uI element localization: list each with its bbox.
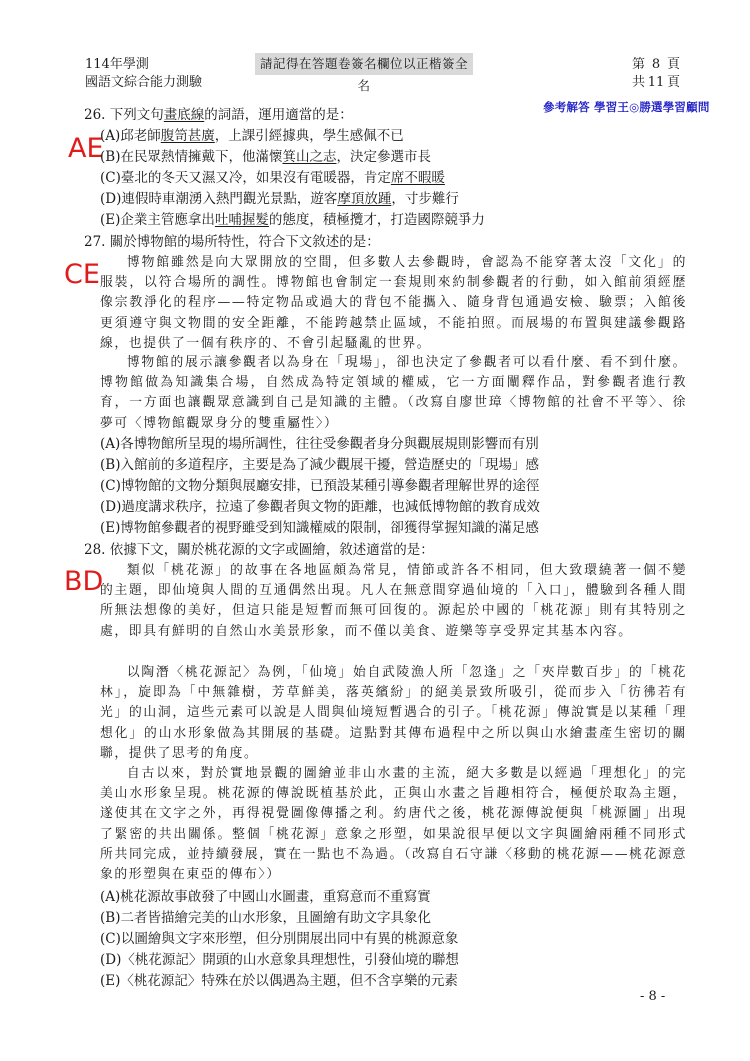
total-label-suffix: 頁 xyxy=(667,75,680,90)
q27-passage-1: 博物館雖然是向大眾開放的空間，但多數人去參觀時，會認為不能穿著太沒「文化」的服裝… xyxy=(100,253,687,354)
reference-answer-watermark: 參考解答 學習王◎勝選學習顧問 xyxy=(543,99,710,115)
option-label: (C) xyxy=(100,931,121,947)
option-text: 〈桃花源記〉開頭的山水意象具理想性，引發仙境的聯想 xyxy=(121,952,459,968)
question-number: 28. xyxy=(84,542,105,558)
q27-option-d: (D)過度講求秩序，拉遠了參觀者與文物的距離，也減低博物館的教育成效 xyxy=(100,497,540,517)
page-label-prefix: 第 xyxy=(632,57,645,72)
option-text: 入館前的多道程序，主要是為了減少觀展干擾，營造歷史的「現場」感 xyxy=(120,457,539,473)
q28-option-c: (C)以圖繪與文字來形塑，但分別開展出同中有異的桃源意象 xyxy=(100,929,458,949)
option-text: 以圖繪與文字來形塑，但分別開展出同中有異的桃源意象 xyxy=(121,931,459,947)
q28-option-b: (B)二者皆描繪完美的山水形象，且圖繪有助文字具象化 xyxy=(100,908,431,928)
page-indicator: 第8頁 共11頁 xyxy=(610,56,680,92)
option-underlined: 腹笥甚廣 xyxy=(161,128,215,144)
q28-passage-3: 自古以來，對於實地景觀的圖繪並非山水畫的主流，絕大多數是以經過「理想化」的完美山… xyxy=(100,764,687,885)
option-label: (A) xyxy=(100,889,120,905)
option-text: 企業主管應拿出 xyxy=(120,212,215,228)
stem-text: 下列文句 xyxy=(110,107,164,123)
footer-page-number: - 8 - xyxy=(640,989,665,1004)
option-text: ，上課引經據典，學生感佩不已 xyxy=(215,128,404,144)
option-text: ，決定參選市長 xyxy=(336,149,431,165)
q26-option-e: (E)企業主管應拿出吐哺握髮的態度，積極攬才，打造國際競爭力 xyxy=(100,210,485,230)
option-underlined: 席不暇暖 xyxy=(391,170,445,186)
question-28-stem: 28. 依據下文，關於桃花源的文字或圖繪，敘述適當的是： xyxy=(84,540,434,560)
option-label: (B) xyxy=(100,149,120,165)
stem-underlined: 畫底線 xyxy=(164,107,205,123)
option-label: (D) xyxy=(100,952,121,968)
page-current: 8 xyxy=(645,56,667,74)
q28-option-d: (D)〈桃花源記〉開頭的山水意象具理想性，引發仙境的聯想 xyxy=(100,950,459,970)
option-label: (A) xyxy=(100,128,120,144)
q27-passage-2: 博物館的展示讓參觀者以為身在「現場」，卻也決定了參觀者可以看什麼、看不到什麼。博… xyxy=(100,353,687,434)
q27-option-e: (E)博物館參觀者的視野雖受到知識權威的限制，卻獲得掌握知識的滿足感 xyxy=(100,518,539,538)
stem-text: 關於博物館的場所特性，符合下文敘述的是： xyxy=(110,234,380,250)
option-text: 邱老師 xyxy=(120,128,161,144)
answer-mark-27: CE xyxy=(64,259,100,290)
q28-option-a: (A)桃花源故事啟發了中國山水圖畫，重寫意而不重寫實 xyxy=(100,887,431,907)
exam-header-left: 114年學測 國語文綜合能力測驗 xyxy=(85,56,202,92)
q28-option-e: (E)〈桃花源記〉特殊在於以偶遇為主題，但不含享樂的元素 xyxy=(100,971,458,991)
option-label: (D) xyxy=(100,191,121,207)
current-page: 第8頁 xyxy=(610,56,680,74)
q28-passage-2: 以陶潛〈桃花源記〉為例，「仙境」始自武陵漁人所「忽逢」之「夾岸數百步」的「桃花林… xyxy=(100,663,687,764)
answer-mark-28: BD xyxy=(64,566,103,597)
option-underlined: 吐哺握髮 xyxy=(215,212,269,228)
option-text: 博物館的文物分類與展廳安排，已預設某種引導參觀者理解世界的途徑 xyxy=(121,478,540,494)
option-label: (E) xyxy=(100,212,120,228)
option-label: (E) xyxy=(100,973,120,989)
option-text: 各博物館所呈現的場所調性，往往受參觀者身分與觀展規則影響而有別 xyxy=(120,436,539,452)
option-text: 連假時車潮湧入熱門觀光景點，遊客 xyxy=(121,191,337,207)
q26-option-b: (B)在民眾熱情擁戴下，他滿懷箕山之志，決定參選市長 xyxy=(100,147,431,167)
option-text: 在民眾熱情擁戴下，他滿懷 xyxy=(120,149,282,165)
q26-option-d: (D)連假時車潮湧入熱門觀光景點，遊客摩頂放踵，寸步難行 xyxy=(100,189,459,209)
q27-option-c: (C)博物館的文物分類與展廳安排，已預設某種引導參觀者理解世界的途徑 xyxy=(100,476,539,496)
option-text: 的態度，積極攬才，打造國際競爭力 xyxy=(269,212,485,228)
option-label: (B) xyxy=(100,457,120,473)
option-text: 二者皆描繪完美的山水形象，且圖繪有助文字具象化 xyxy=(120,910,431,926)
signature-notice: 請記得在答題卷簽名欄位以正楷簽全名 xyxy=(255,53,473,75)
total-pages: 共11頁 xyxy=(610,74,680,92)
option-label: (E) xyxy=(100,520,120,536)
stem-text: 依據下文，關於桃花源的文字或圖繪，敘述適當的是： xyxy=(110,542,434,558)
stem-text: 的詞語，運用適當的是： xyxy=(204,107,353,123)
option-text: 〈桃花源記〉特殊在於以偶遇為主題，但不含享樂的元素 xyxy=(120,973,458,989)
exam-year: 114年學測 xyxy=(85,56,202,74)
answer-mark-26: AE xyxy=(68,133,104,164)
option-text: 博物館參觀者的視野雖受到知識權威的限制，卻獲得掌握知識的滿足感 xyxy=(120,520,539,536)
q27-option-b: (B)入館前的多道程序，主要是為了減少觀展干擾，營造歷史的「現場」感 xyxy=(100,455,539,475)
option-label: (C) xyxy=(100,170,121,186)
option-label: (D) xyxy=(100,499,121,515)
page-total: 11 xyxy=(645,74,667,92)
question-26-stem: 26. 下列文句畫底線的詞語，運用適當的是： xyxy=(84,105,353,125)
option-text: ，寸步難行 xyxy=(391,191,459,207)
option-label: (C) xyxy=(100,478,121,494)
option-text: 桃花源故事啟發了中國山水圖畫，重寫意而不重寫實 xyxy=(120,889,431,905)
total-label-prefix: 共 xyxy=(632,75,645,90)
option-label: (A) xyxy=(100,436,120,452)
option-text: 臺北的冬天又濕又冷，如果沒有電暖器，肯定 xyxy=(121,170,391,186)
option-label: (B) xyxy=(100,910,120,926)
option-text: 過度講求秩序，拉遠了參觀者與文物的距離，也減低博物館的教育成效 xyxy=(121,499,540,515)
question-27-stem: 27. 關於博物館的場所特性，符合下文敘述的是： xyxy=(84,232,380,252)
exam-subject: 國語文綜合能力測驗 xyxy=(85,74,202,92)
q27-option-a: (A)各博物館所呈現的場所調性，往往受參觀者身分與觀展規則影響而有別 xyxy=(100,434,539,454)
q28-passage-1: 類似「桃花源」的故事在各地區頗為常見，情節或許各不相同，但大致環繞著一個不變的主… xyxy=(100,561,687,642)
option-underlined: 箕山之志 xyxy=(282,149,336,165)
option-underlined: 摩頂放踵 xyxy=(337,191,391,207)
q26-option-c: (C)臺北的冬天又濕又冷，如果沒有電暖器，肯定席不暇暖 xyxy=(100,168,445,188)
q26-option-a: (A)邱老師腹笥甚廣，上課引經據典，學生感佩不已 xyxy=(100,126,404,146)
page-label-suffix: 頁 xyxy=(667,57,680,72)
question-number: 26. xyxy=(84,107,105,123)
question-number: 27. xyxy=(84,234,105,250)
